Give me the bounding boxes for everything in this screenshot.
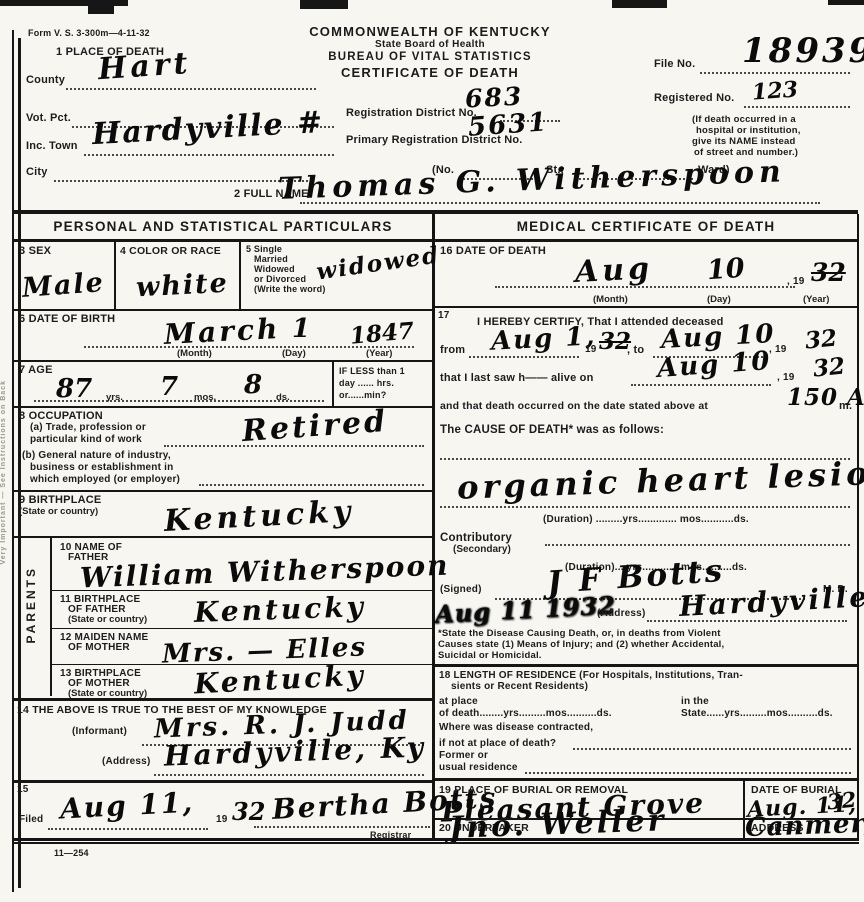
m-label: m. (839, 400, 852, 412)
age-line (34, 400, 324, 402)
marital-line-3: Widowed (254, 264, 295, 274)
occupation-label: 8 OCCUPATION (19, 410, 103, 422)
last-19-label: , 19 (777, 372, 794, 383)
inc-town-value: Hardyville # (91, 108, 325, 150)
full-name-value: Thomas G. Witherspoon (278, 157, 787, 205)
footnote-line3: Suicidal or Homicidal. (438, 650, 542, 661)
date-of-death-label: 16 DATE OF DEATH (440, 245, 546, 257)
to-19-label: , 19 (769, 344, 786, 355)
age-note-divider (332, 362, 334, 406)
margin-note: Very Important — See Instructions on Bac… (0, 380, 7, 565)
registered-no-label: Registered No. (654, 92, 734, 104)
personal-particulars-column: PERSONAL AND STATISTICAL PARTICULARS 3 S… (14, 214, 435, 841)
former-line2: usual residence (439, 762, 518, 773)
right-title-rule (435, 239, 857, 242)
physician-address-line (647, 620, 847, 622)
dob-day-caption: (Day) (282, 348, 306, 359)
file-no-value: 18939 (742, 34, 864, 68)
scan-artifact (88, 4, 114, 14)
date-of-death-day: 10 (706, 255, 745, 285)
state-board-subtitle: State Board of Health (290, 39, 570, 50)
occupation-value: Retired (241, 407, 389, 447)
contracted-line1: Where was disease contracted, (439, 722, 593, 733)
undertaker-address-value: Canmer, Ky (745, 809, 864, 841)
parents-r11-rule (50, 628, 432, 629)
age-note-line3: or......min? (339, 390, 386, 400)
medical-certificate-column: MEDICAL CERTIFICATE OF DEATH 16 DATE OF … (435, 214, 859, 841)
hospital-note-line2: hospital or institution, (696, 125, 801, 136)
mother-bp-value: Kentucky (193, 662, 366, 699)
last-saw-year: 32 (812, 354, 846, 380)
vot-pct-label: Vot. Pct. (26, 112, 71, 124)
mother-name-label2: OF MOTHER (68, 642, 130, 653)
row14-bottom-rule (14, 780, 432, 783)
cause-line2 (440, 506, 850, 508)
parents-bottom-rule (14, 698, 432, 701)
date-of-death-year: 32 (811, 260, 846, 285)
last-saw-line: that I last saw h—— alive on (440, 372, 594, 384)
left-title-rule (14, 239, 432, 242)
right-column-title: MEDICAL CERTIFICATE OF DEATH (435, 219, 857, 234)
contracted-line2: if not at place of death? (439, 738, 556, 749)
age-days-value: 8 (244, 372, 262, 398)
attended-from-value: Aug 1, (490, 323, 597, 354)
race-label: 4 COLOR OR RACE (120, 245, 221, 257)
birthplace-value: Kentucky (163, 497, 355, 537)
dob-month-value: March (163, 315, 281, 349)
dod-day-caption: (Day) (707, 294, 731, 305)
county-value: Hart (97, 49, 192, 85)
dob-day-value: 1 (292, 316, 310, 342)
footnote-line1: *State the Disease Causing Death, or, in… (438, 628, 721, 639)
father-bp-value: Kentucky (194, 593, 367, 627)
hospital-note-line3: give its NAME instead (692, 136, 795, 147)
filed-date-value: Aug 11, (59, 789, 194, 824)
filed-line (48, 828, 208, 830)
occupation-b-line2: business or establishment in (30, 462, 173, 473)
from-19-label: 19 (585, 344, 597, 355)
scan-artifact (828, 0, 864, 5)
physician-address-value: Hardyville (678, 583, 864, 621)
row1-bottom-rule (14, 309, 432, 311)
dob-month-caption: (Month) (177, 348, 212, 359)
age-note-line2: day ...... hrs. (339, 378, 394, 388)
cause-duration-line: (Duration) .........yrs............. mos… (543, 514, 749, 525)
occupation-b-line (199, 484, 424, 486)
undertaker-value: Jno. Weller (449, 806, 667, 844)
filed-year-value: 32 (232, 800, 265, 824)
commonwealth-title: COMMONWEALTH OF KENTUCKY (290, 24, 570, 39)
informant-address-value: Hardyville, Ky (164, 733, 427, 770)
inc-town-line (84, 154, 334, 156)
registered-no-line (744, 106, 850, 108)
contributory-label: Contributory (440, 532, 512, 544)
scan-artifact (300, 0, 348, 9)
footnote-line2: Causes state (1) Means of Injury; and (2… (438, 639, 724, 650)
registration-district-value: 683 (464, 83, 523, 111)
document-bottom-rule (14, 842, 859, 844)
secondary-caption: (Secondary) (453, 544, 511, 555)
date-of-death-month: Aug (574, 254, 654, 288)
filed-label: Filed (19, 814, 43, 825)
s16-bottom-rule (435, 306, 857, 308)
sex-race-divider (114, 242, 116, 309)
left-column-title: PERSONAL AND STATISTICAL PARTICULARS (14, 219, 432, 234)
race-value: white (135, 270, 229, 302)
cause-value: organic heart lesion (457, 456, 864, 503)
contributory-line (545, 544, 850, 546)
sex-label: 3 SEX (19, 245, 51, 257)
inc-town-label: Inc. Town (26, 140, 78, 152)
marital-line-4: or Divorced (254, 274, 306, 284)
from-line (469, 356, 579, 358)
marital-line-1: 5 Single (246, 244, 282, 254)
signed-date-value: Aug 11 1932 (434, 593, 616, 626)
signed-label: (Signed) (440, 584, 482, 595)
file-no-label: File No. (654, 58, 695, 70)
last-saw-value: Aug 10 (656, 348, 772, 382)
occupation-a-line1: (a) Trade, profession or (30, 422, 146, 433)
dob-year-caption: (Year) (366, 348, 392, 359)
row5-bottom-rule (14, 536, 432, 538)
footnote-bottom-rule (435, 664, 857, 667)
from-label: from (440, 344, 465, 356)
filed-19-label: 19 (216, 814, 228, 825)
parents-label: PARENTS (24, 566, 38, 643)
contracted-dotline (573, 748, 851, 750)
dod-year-caption: (Year) (803, 294, 829, 305)
last-saw-dotline (631, 384, 771, 386)
bureau-subtitle: BUREAU OF VITAL STATISTICS (290, 51, 570, 63)
row2-bottom-rule (14, 360, 432, 362)
marital-line-5: (Write the word) (254, 284, 326, 294)
at-place-label: at place (439, 696, 478, 707)
certificate-title: CERTIFICATE OF DEATH (290, 65, 570, 80)
burial-top-rule (435, 778, 857, 781)
city-label: City (26, 166, 48, 178)
former-dotline (525, 772, 851, 774)
county-line (66, 88, 316, 90)
father-bp-caption: (State or country) (68, 614, 147, 625)
attended-to-year: 32 (804, 326, 838, 352)
dod-month-caption: (Month) (593, 294, 628, 305)
to-label: , to (627, 344, 644, 356)
dob-label: 6 DATE OF BIRTH (19, 313, 115, 325)
residence-label-line2: sients or Recent Residents) (451, 681, 588, 692)
age-label: 7 AGE (19, 364, 53, 376)
form-number: Form V. S. 3-300m—4-11-32 (28, 28, 150, 38)
file-no-line (700, 72, 850, 74)
cause-heading: The CAUSE OF DEATH* was as follows: (440, 424, 664, 436)
age-note-line1: IF LESS than 1 (339, 366, 405, 376)
marital-line-2: Married (254, 254, 288, 264)
residence-label-line1: 18 LENGTH OF RESIDENCE (For Hospitals, I… (439, 670, 743, 681)
date-of-death-19: , 19 (787, 276, 804, 287)
form-code: 11—254 (54, 848, 89, 858)
sex-value: Male (21, 269, 106, 302)
county-label: County (26, 74, 65, 86)
age-years-value: 87 (56, 376, 92, 402)
of-death-line: of death........yrs.........mos.........… (439, 708, 612, 719)
father-name-value: William Witherspoon (80, 552, 450, 593)
occupation-b-line3: which employed (or employer) (30, 474, 180, 485)
informant-label: (Informant) (72, 726, 127, 737)
state-residence-line: State......yrs.........mos..........ds. (681, 708, 833, 719)
registrar-line (254, 826, 430, 828)
age-months-value: 7 (160, 374, 178, 400)
race-marital-divider (239, 242, 241, 309)
death-occurred-line: and that death occurred on the date stat… (440, 400, 708, 412)
parents-inner-border (50, 538, 52, 696)
birthplace-caption: (State or country) (19, 506, 98, 517)
informant-address-line (154, 774, 424, 776)
occupation-a-line2: particular kind of work (30, 434, 142, 445)
physician-address-label: (Address) (597, 608, 645, 619)
primary-registration-value: 5631 (467, 109, 549, 141)
former-line1: Former or (439, 750, 488, 761)
informant-address-label: (Address) (102, 756, 150, 767)
city-line (54, 180, 312, 182)
registrar-label: Registrar (370, 830, 411, 840)
parents-r10-rule (50, 590, 432, 591)
certify-number: 17 (438, 310, 450, 321)
death-certificate-scan: Very Important — See Instructions on Bac… (0, 0, 864, 902)
hospital-note-line1: (If death occurred in a (692, 114, 796, 125)
occupation-b-line1: (b) General nature of industry, (22, 450, 171, 461)
registered-no-value: 123 (751, 78, 798, 103)
row4-bottom-rule (14, 490, 432, 492)
scan-artifact (612, 0, 667, 8)
marital-value: widowed (315, 243, 441, 283)
birthplace-label: 9 BIRTHPLACE (19, 494, 101, 506)
filed-number: 15 (17, 784, 29, 795)
registration-district-label: Registration District No. (346, 107, 477, 119)
dob-year-value: 1847 (349, 319, 415, 347)
death-time-value: 150 A (787, 386, 864, 409)
in-the-label: in the (681, 696, 709, 707)
